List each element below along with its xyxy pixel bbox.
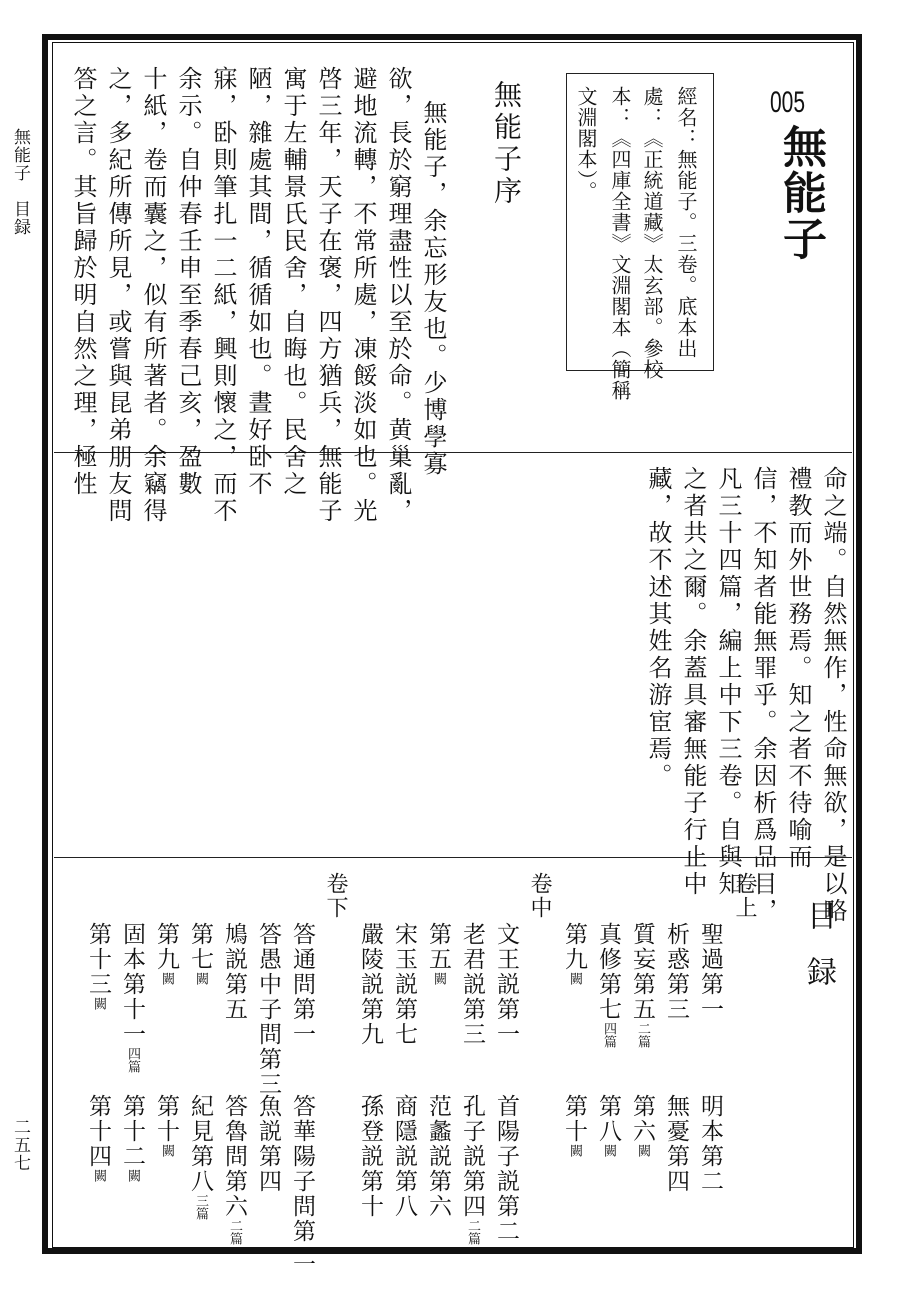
running-head: 無能子 目録 xyxy=(8,128,33,236)
preface-column: 十紙，卷而囊之，似有所著者。余竊得 xyxy=(136,66,170,525)
toc-entry-title: 真修第七 xyxy=(595,922,621,1022)
toc-entry-title: 第八 xyxy=(595,1094,621,1144)
preface-column: 答之言。其旨歸於明自然之理，極性 xyxy=(66,66,100,498)
toc-entry[interactable]: 第五闕 xyxy=(422,922,455,985)
toc-entry-title: 第十 xyxy=(561,1094,587,1144)
entry-number: 005 xyxy=(770,86,805,120)
info-line: 本：《四庫全書》文淵閣本（簡稱 xyxy=(605,86,635,401)
toc-entry[interactable]: 鳩説第五 xyxy=(218,922,251,1022)
toc-note: 闕 xyxy=(567,972,582,985)
toc-note: 闕 xyxy=(91,997,106,1010)
toc-entry-title: 答魯問第六 xyxy=(221,1094,247,1219)
toc-note: 二篇 xyxy=(465,1219,480,1245)
info-line: 處：《正統道藏》太玄部。參校 xyxy=(637,86,667,380)
toc-entry[interactable]: 宋玉説第七 xyxy=(388,922,421,1047)
toc-entry[interactable]: 文王説第一 xyxy=(490,922,523,1047)
toc-entry[interactable]: 紀見第八三篇 xyxy=(184,1094,217,1220)
toc-entry[interactable]: 嚴陵説第九 xyxy=(354,922,387,1047)
toc-note: 闕 xyxy=(635,1144,650,1157)
toc-note: 二篇 xyxy=(227,1219,242,1245)
preface-column: 凡三十四篇，編上中下三卷。自與知 xyxy=(711,466,745,898)
toc-note: 闕 xyxy=(193,972,208,985)
volume-label: 卷下 xyxy=(320,872,351,920)
preface-column: 避地流轉，不常所處，凍餒淡如也。光 xyxy=(346,66,380,525)
preface-title: 無能子序 xyxy=(486,80,526,208)
toc-entry[interactable]: 固本第十一四篇 xyxy=(116,922,149,1073)
toc-note: 闕 xyxy=(125,1169,140,1182)
toc-entry[interactable]: 析惑第三 xyxy=(660,922,693,1022)
toc-title: 目録 xyxy=(796,900,840,1012)
toc-note: 闕 xyxy=(601,1144,616,1157)
toc-note: 三篇 xyxy=(193,1194,208,1220)
toc-entry-title: 第十四 xyxy=(85,1094,111,1169)
toc-entry[interactable]: 第九闕 xyxy=(150,922,183,985)
toc-entry-title: 第九 xyxy=(561,922,587,972)
toc-entry[interactable]: 老君説第三 xyxy=(456,922,489,1047)
toc-entry[interactable]: 聖過第一 xyxy=(694,922,727,1022)
preface-column: 藏，故不述其姓名游宦焉。 xyxy=(641,466,675,790)
toc-note: 四篇 xyxy=(125,1047,140,1073)
preface-column: 余示。自仲春壬申至季春己亥，盈數 xyxy=(171,66,205,498)
volume-label: 卷中 xyxy=(524,872,555,920)
preface-column: 寐，卧則筆扎一二紙，興則懷之，而不 xyxy=(206,66,240,525)
toc-entry-title: 第五 xyxy=(425,922,451,972)
toc-entry[interactable]: 范蠡説第六 xyxy=(422,1094,455,1219)
toc-note: 闕 xyxy=(91,1169,106,1182)
toc-note: 四篇 xyxy=(601,1022,616,1048)
toc-note: 闕 xyxy=(159,972,174,985)
toc-entry[interactable]: 明本第二 xyxy=(694,1094,727,1194)
volume-label: 卷上 xyxy=(729,872,760,920)
page-number: 二五七 xyxy=(8,1118,33,1172)
preface-column: 信，不知者能無罪乎。余因析爲品目， xyxy=(746,466,780,925)
preface-column: 禮教而外世務焉。知之者不待喻而 xyxy=(781,466,815,871)
preface-column: 命之端。自然無作，性命無欲，是以略 xyxy=(816,466,850,925)
toc-entry[interactable]: 首陽子説第二 xyxy=(490,1094,523,1244)
toc-entry-title: 第九 xyxy=(153,922,179,972)
preface-column: 之，多紀所傳所見，或嘗與昆弟朋友問 xyxy=(101,66,135,525)
toc-entry[interactable]: 第十二闕 xyxy=(116,1094,149,1182)
preface-column: 陋，雜處其間，循循如也。晝好卧不 xyxy=(241,66,275,498)
toc-note: 二篇 xyxy=(635,1022,650,1048)
toc-entry-title: 第六 xyxy=(629,1094,655,1144)
toc-entry[interactable]: 真修第七四篇 xyxy=(592,922,625,1048)
toc-entry-title: 第十 xyxy=(153,1094,179,1144)
toc-entry[interactable]: 商隱説第八 xyxy=(388,1094,421,1219)
toc-entry[interactable]: 第十闕 xyxy=(150,1094,183,1157)
toc-entry-title: 第七 xyxy=(187,922,213,972)
toc-entry-title: 第十三 xyxy=(85,922,111,997)
preface-column: 啓三年，天子在褒，四方猶兵，無能子 xyxy=(311,66,345,525)
source-info-box: 經名：無能子。三卷。底本出 處：《正統道藏》太玄部。參校 本：《四庫全書》文淵閣… xyxy=(566,73,714,371)
toc-entry[interactable]: 答愚中子問第三 xyxy=(252,922,285,1097)
toc-entry[interactable]: 孫登説第十 xyxy=(354,1094,387,1219)
toc-entry[interactable]: 第十四闕 xyxy=(82,1094,115,1182)
toc-entry-title: 固本第十一 xyxy=(119,922,145,1047)
preface-column: 欲，長於窮理盡性以至於命。黄巢亂， xyxy=(381,66,415,525)
toc-entry-title: 紀見第八 xyxy=(187,1094,213,1194)
toc-entry[interactable]: 魚説第四 xyxy=(252,1094,285,1194)
toc-entry-title: 質妄第五 xyxy=(629,922,655,1022)
toc-note: 闕 xyxy=(159,1144,174,1157)
toc-entry[interactable]: 答通問第一 xyxy=(286,922,319,1047)
preface-column: 寓于左輔景氏民舍，自晦也。民舍之 xyxy=(276,66,310,498)
toc-entry[interactable]: 第六闕 xyxy=(626,1094,659,1157)
toc-entry-title: 第十二 xyxy=(119,1094,145,1169)
toc-entry[interactable]: 第十闕 xyxy=(558,1094,591,1157)
toc-entry[interactable]: 無憂第四 xyxy=(660,1094,693,1194)
toc-entry[interactable]: 第八闕 xyxy=(592,1094,625,1157)
toc-entry[interactable]: 答華陽子問第二 xyxy=(286,1094,319,1269)
toc-entry[interactable]: 答魯問第六二篇 xyxy=(218,1094,251,1245)
toc-note: 闕 xyxy=(567,1144,582,1157)
info-line: 經名：無能子。三卷。底本出 xyxy=(671,86,701,359)
toc-note: 闕 xyxy=(431,972,446,985)
toc-entry-title: 孔子説第四 xyxy=(459,1094,485,1219)
preface-column: 之者共之爾。余蓋具審無能子行止中 xyxy=(676,466,710,898)
preface-column: 無能子，余忘形友也。少博學寡 xyxy=(416,100,450,478)
toc-entry[interactable]: 第九闕 xyxy=(558,922,591,985)
book-title: 無能子 xyxy=(768,124,832,262)
toc-entry[interactable]: 第十三闕 xyxy=(82,922,115,1010)
toc-entry[interactable]: 孔子説第四二篇 xyxy=(456,1094,489,1245)
toc-entry[interactable]: 第七闕 xyxy=(184,922,217,985)
info-line: 文淵閣本）。 xyxy=(571,86,601,202)
toc-entry[interactable]: 質妄第五二篇 xyxy=(626,922,659,1048)
